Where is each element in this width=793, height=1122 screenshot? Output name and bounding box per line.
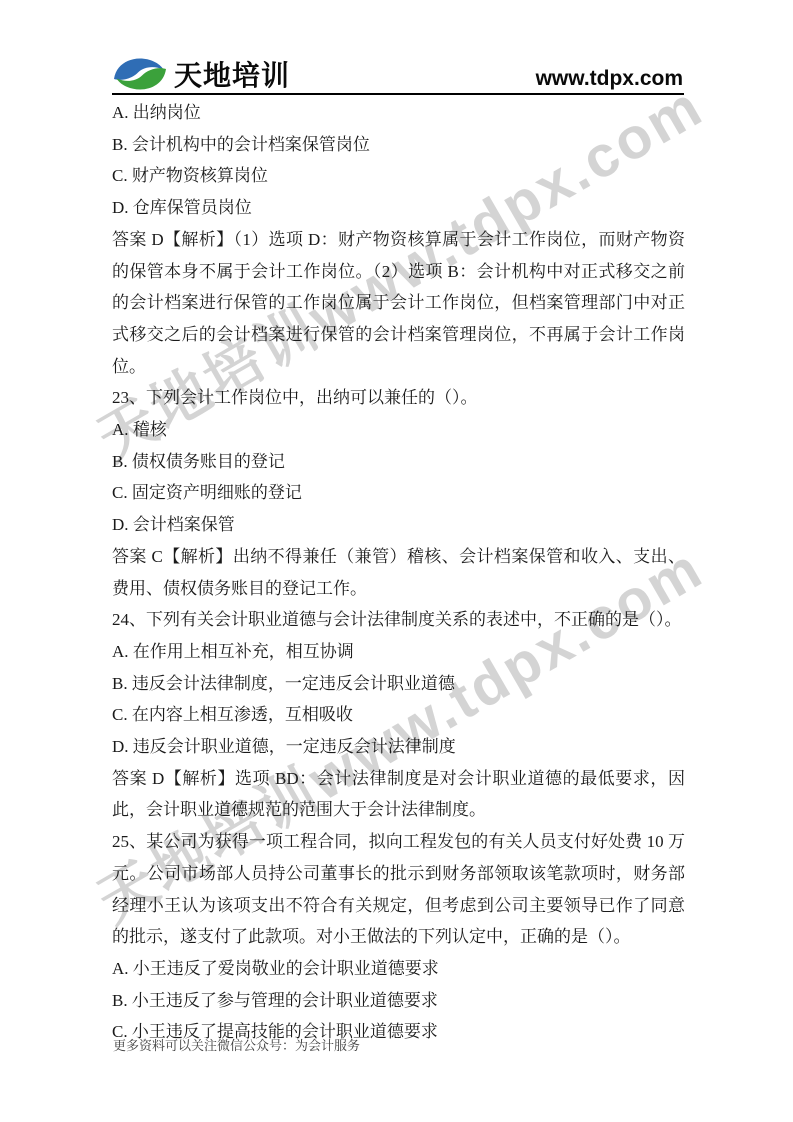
option-text: A. 在作用上相互补充，相互协调 <box>112 636 685 668</box>
page-header: 天地培训 www.tdpx.com <box>112 52 683 94</box>
option-text: C. 固定资产明细账的登记 <box>112 477 685 509</box>
document-body: A. 出纳岗位B. 会计机构中的会计档案保管岗位C. 财产物资核算岗位D. 仓库… <box>112 97 685 1048</box>
option-text: A. 出纳岗位 <box>112 97 685 129</box>
option-text: D. 会计档案保管 <box>112 509 685 541</box>
option-text: B. 违反会计法律制度，一定违反会计职业道德 <box>112 668 685 700</box>
question-text: 25、某公司为获得一项工程合同，拟向工程发包的有关人员支付好处费 10 万元。公… <box>112 826 685 953</box>
document-page: 天地培训www.tdpx.com 天地培训www.tdpx.com 天地培训 w… <box>0 0 793 1122</box>
option-text: C. 在内容上相互渗透，互相吸收 <box>112 699 685 731</box>
logo: 天地培训 <box>112 54 290 94</box>
option-text: D. 仓库保管员岗位 <box>112 192 685 224</box>
option-text: D. 违反会计职业道德，一定违反会计法律制度 <box>112 731 685 763</box>
header-divider <box>112 93 684 95</box>
logo-text: 天地培训 <box>174 54 290 94</box>
question-text: 23、下列会计工作岗位中，出纳可以兼任的（）。 <box>112 382 685 414</box>
site-url: www.tdpx.com <box>536 67 683 94</box>
footer-note: 更多资料可以关注微信公众号：为会计服务 <box>113 1035 360 1054</box>
question-text: 24、下列有关会计职业道德与会计法律制度关系的表述中，不正确的是（）。 <box>112 604 685 636</box>
option-text: A. 稽核 <box>112 414 685 446</box>
option-text: B. 债权债务账目的登记 <box>112 446 685 478</box>
logo-swoosh-icon <box>112 57 168 91</box>
answer-text: 答案 D【解析】选项 BD：会计法律制度是对会计职业道德的最低要求，因此，会计职… <box>112 763 685 826</box>
answer-text: 答案 D【解析】（1）选项 D：财产物资核算属于会计工作岗位，而财产物资的保管本… <box>112 224 685 383</box>
option-text: C. 财产物资核算岗位 <box>112 160 685 192</box>
option-text: B. 会计机构中的会计档案保管岗位 <box>112 129 685 161</box>
answer-text: 答案 C【解析】出纳不得兼任（兼管）稽核、会计档案保管和收入、支出、费用、债权债… <box>112 541 685 604</box>
option-text: A. 小王违反了爱岗敬业的会计职业道德要求 <box>112 953 685 985</box>
option-text: B. 小王违反了参与管理的会计职业道德要求 <box>112 985 685 1017</box>
